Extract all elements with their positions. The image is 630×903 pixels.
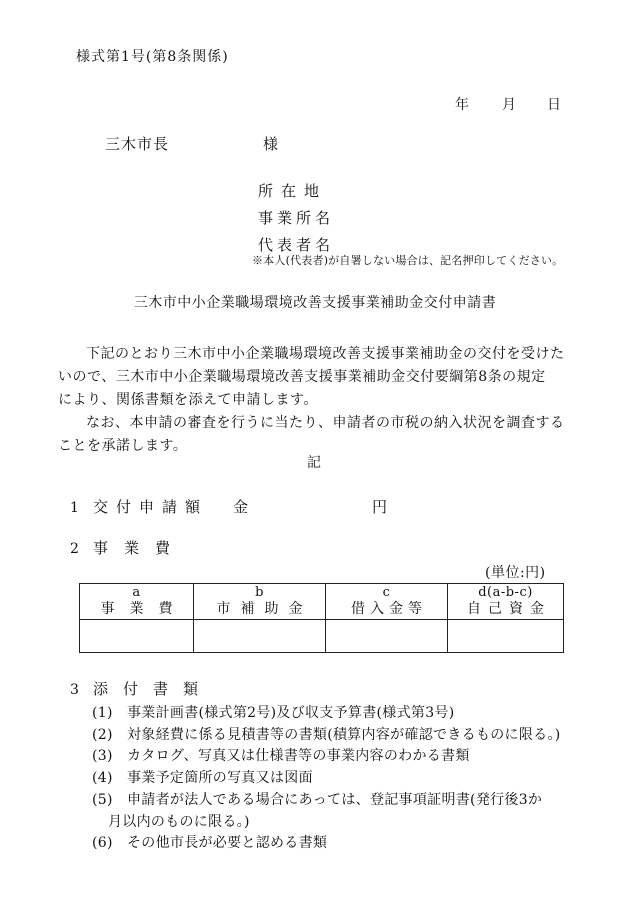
item-text: 申請者が法人である場合にあっては、登記事項証明書(発行後3か: [127, 792, 542, 808]
date-year-label: 年: [455, 98, 469, 112]
item-number: (6): [92, 833, 127, 855]
col-a-header: a 事業費: [80, 584, 194, 620]
col-c-header: c 借入金等: [326, 584, 448, 620]
applicant-office-label: 事業所名: [258, 211, 334, 226]
item-text: 対象経費に係る見積書等の書類(積算内容が確認できるものに限る。): [127, 727, 561, 743]
fund-breakdown-table: a 事業費 b 市補助金 c 借入金等 d(a-b-c) 自己資金: [79, 583, 564, 653]
list-item: (6)その他市長が必要と認める書類: [60, 833, 600, 855]
list-item: (5)申請者が法人である場合にあっては、登記事項証明書(発行後3か: [60, 790, 600, 812]
attachment-list: (1)事業計画書(様式第2号)及び収支予算書(様式第3号) (2)対象経費に係る…: [60, 703, 600, 855]
cell-loans: [326, 620, 448, 653]
amount-yen-label: 円: [372, 500, 387, 515]
list-item-continuation: 月以内のものに限る。): [60, 812, 600, 834]
document-title: 三木市中小企業職場環境改善支援事業補助金交付申請書: [0, 296, 630, 310]
section-2-project-cost: 2事業費: [70, 541, 186, 556]
body-line: により、関係書類を添えて申請します。: [58, 389, 572, 412]
section-1-application-amount: 1交付申請額 金 円: [70, 500, 208, 515]
document-page: 様式第1号(第8条関係) 年 月 日 三木市長 様 所在地 事業所名 代表者名 …: [0, 0, 630, 903]
col-d-letter: d(a-b-c): [448, 585, 563, 601]
section-2-number: 2: [70, 542, 93, 556]
unit-note: (単位:円): [485, 566, 546, 580]
col-c-label: 借入金等: [326, 601, 447, 618]
item-text: その他市長が必要と認める書類: [127, 835, 327, 851]
list-item: (3)カタログ、写真又は仕様書等の事業内容のわかる書類: [60, 746, 600, 768]
col-a-letter: a: [80, 585, 193, 601]
amount-kin-label: 金: [233, 500, 248, 515]
col-d-header: d(a-b-c) 自己資金: [448, 584, 564, 620]
section-1-number: 1: [70, 501, 93, 515]
item-text: 事業予定箇所の写真又は図面: [127, 770, 313, 786]
col-d-label: 自己資金: [448, 601, 563, 618]
addressee-honorific: 様: [263, 137, 278, 152]
item-text: 事業計画書(様式第2号)及び収支予算書(様式第3号): [127, 705, 454, 721]
item-text: 月以内のものに限る。): [108, 814, 250, 830]
col-b-letter: b: [194, 585, 325, 601]
table-header-row: a 事業費 b 市補助金 c 借入金等 d(a-b-c) 自己資金: [80, 584, 564, 620]
item-number: (1): [92, 703, 127, 725]
list-item: (1)事業計画書(様式第2号)及び収支予算書(様式第3号): [60, 703, 600, 725]
ki-marker: 記: [0, 456, 630, 470]
col-a-label: 事業費: [80, 601, 193, 618]
item-number: (2): [92, 725, 127, 747]
body-line: いので、三木市中小企業職場環境改善支援事業補助金交付要綱第8条の規定: [58, 366, 572, 389]
list-item: (2)対象経費に係る見積書等の書類(積算内容が確認できるものに限る。): [60, 725, 600, 747]
item-number: (4): [92, 768, 127, 790]
col-b-label: 市補助金: [194, 601, 325, 618]
section-2-label: 事業費: [93, 539, 186, 557]
body-paragraphs: 下記のとおり三木市中小企業職場環境改善支援事業補助金の交付を受けた いので、三木…: [58, 343, 572, 458]
cell-own-funds: [448, 620, 564, 653]
applicant-location-label: 所在地: [258, 184, 327, 199]
cell-project-cost: [80, 620, 194, 653]
item-number: (3): [92, 746, 127, 768]
section-3-number: 3: [70, 683, 93, 697]
addressee-name: 三木市長: [105, 137, 169, 152]
section-3-attachments: 3添付書類: [70, 682, 213, 697]
col-c-letter: c: [326, 585, 447, 601]
section-3-label: 添付書類: [93, 680, 213, 698]
date-day-label: 日: [547, 98, 561, 112]
section-1-label: 交付申請額: [93, 498, 208, 516]
table-data-row: [80, 620, 564, 653]
item-text: カタログ、写真又は仕様書等の事業内容のわかる書類: [127, 748, 470, 764]
form-number: 様式第1号(第8条関係): [76, 50, 229, 64]
applicant-representative-label: 代表者名: [258, 238, 334, 253]
col-b-header: b 市補助金: [194, 584, 326, 620]
signature-note: ※本人(代表者)が自署しない場合は、記名押印してください。: [252, 255, 563, 266]
cell-city-subsidy: [194, 620, 326, 653]
body-line: 下記のとおり三木市中小企業職場環境改善支援事業補助金の交付を受けた: [58, 343, 572, 366]
date-month-label: 月: [502, 98, 516, 112]
list-item: (4)事業予定箇所の写真又は図面: [60, 768, 600, 790]
item-number: (5): [92, 790, 127, 812]
body-line: なお、本申請の審査を行うに当たり、申請者の市税の納入状況を調査する: [58, 412, 572, 435]
